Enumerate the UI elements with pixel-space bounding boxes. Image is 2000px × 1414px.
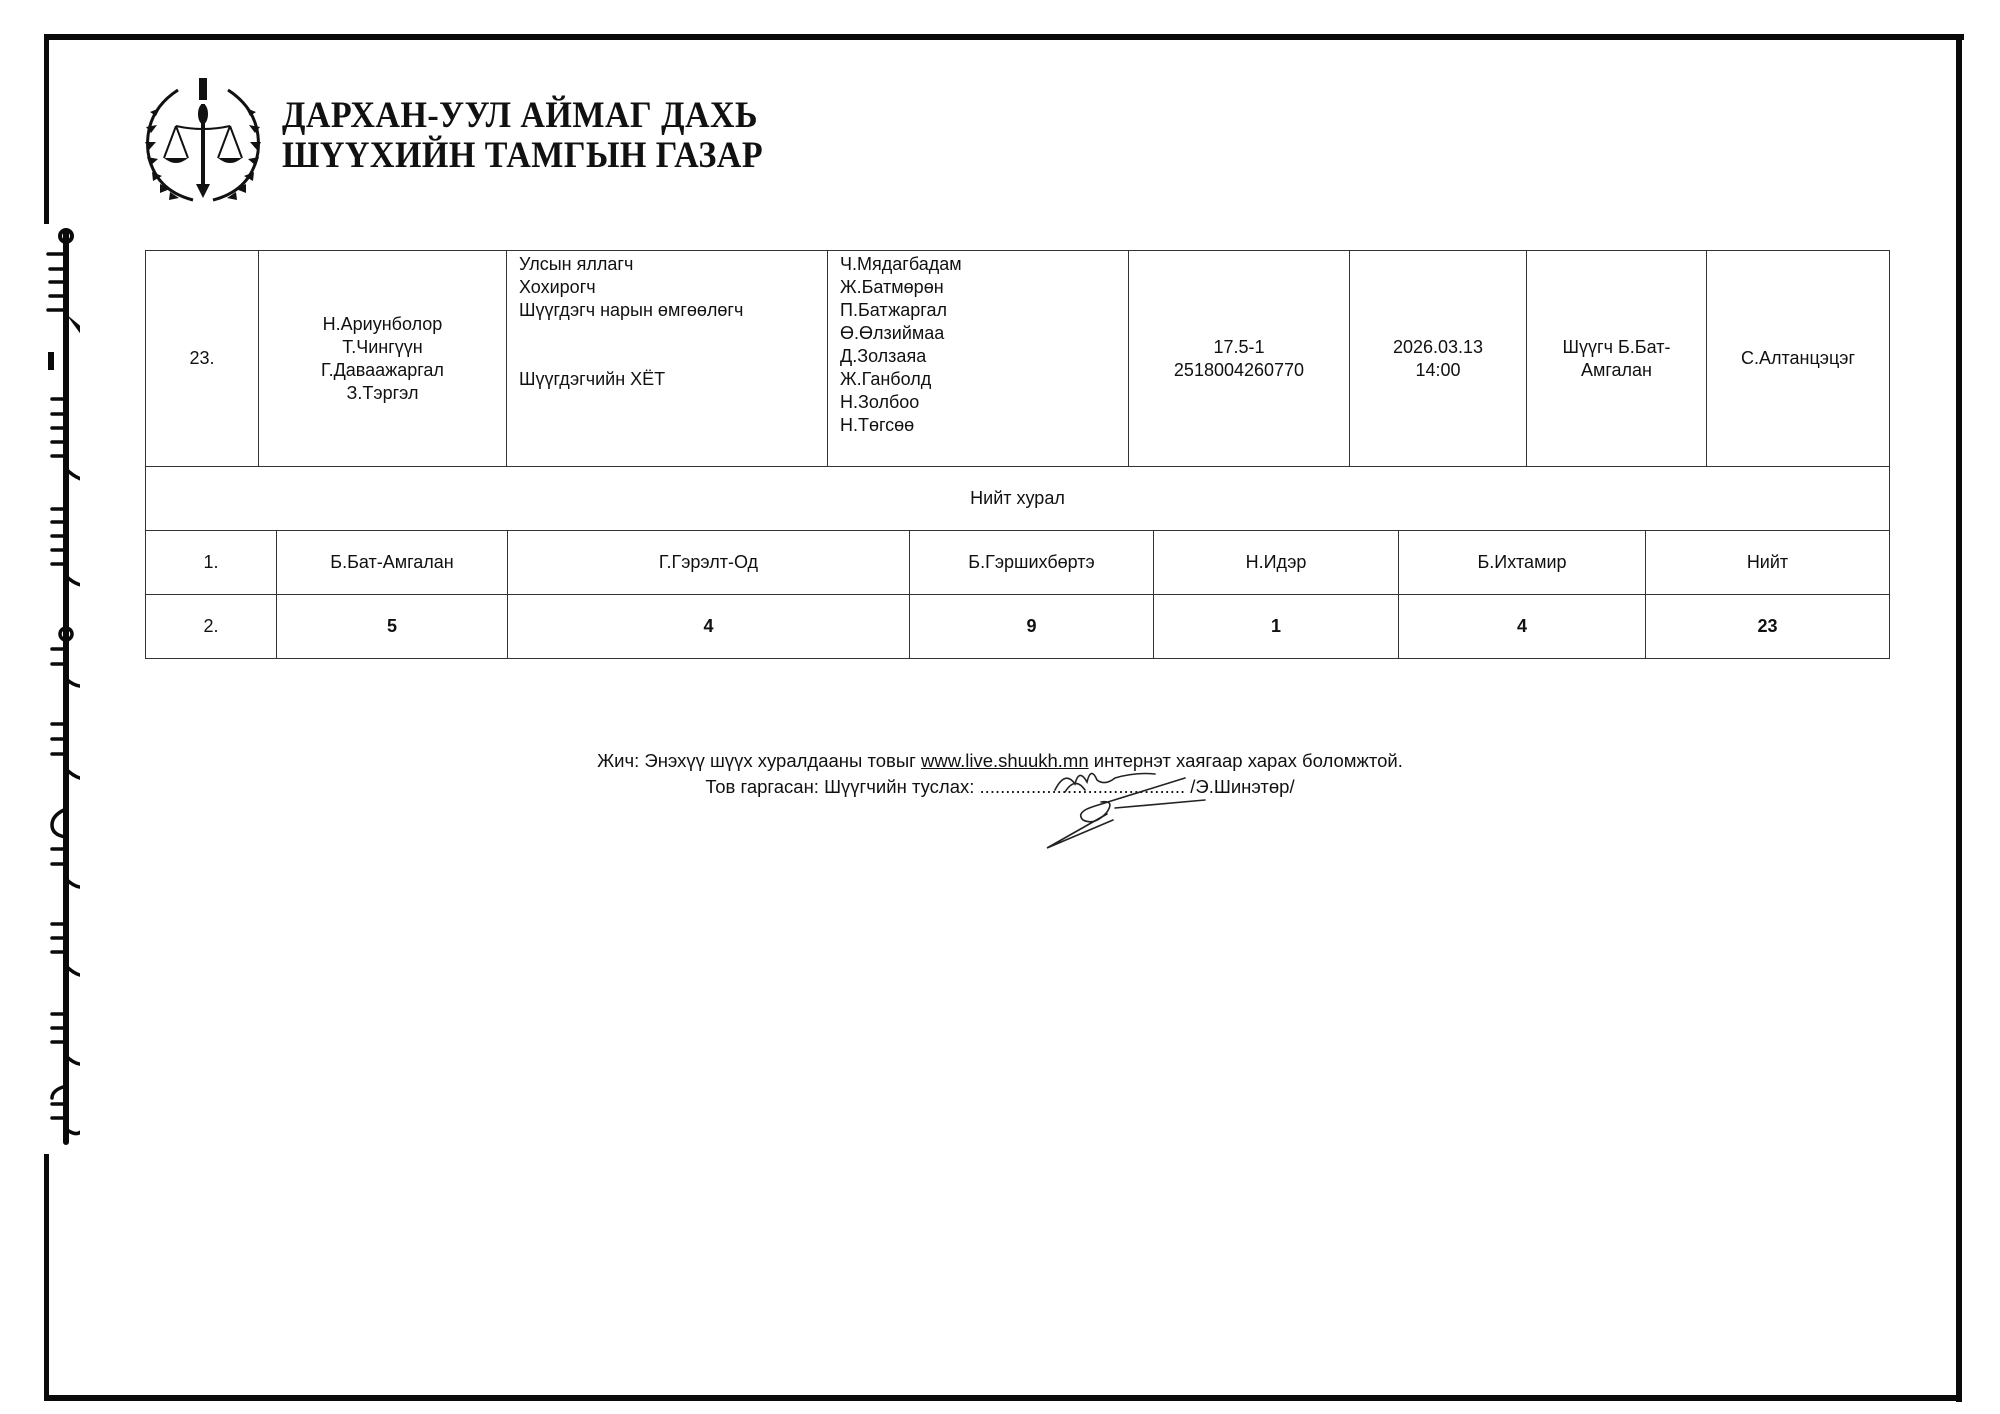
judge-name: Н.Идэр xyxy=(1154,531,1399,595)
issuer-label: Тов гаргасан: Шүүгчийн туслах: xyxy=(705,776,979,797)
judge-name: Б.Ихтамир xyxy=(1399,531,1646,595)
participant-name: Д.Золзаяа xyxy=(840,345,1128,368)
hearing-count: 4 xyxy=(508,595,910,659)
issuer-line: Тов гаргасан: Шүүгчийн туслах: .........… xyxy=(0,774,2000,800)
page-border-bottom xyxy=(44,1395,1962,1401)
table-row: 23. Н.Ариунболор Т.Чингүүн Г.Даваажаргал… xyxy=(146,251,1890,467)
total-count: 23 xyxy=(1646,595,1890,659)
defendant: З.Тэргэл xyxy=(259,382,506,405)
participant-name: Ч.Мядагбадам xyxy=(840,253,1128,276)
case-id-cell: 17.5-1 2518004260770 xyxy=(1129,251,1350,467)
secretary-cell: С.Алтанцэцэг xyxy=(1707,251,1890,467)
signature-icon xyxy=(1035,762,1235,852)
defendant: Т.Чингүүн xyxy=(259,336,506,359)
defendants-cell: Н.Ариунболор Т.Чингүүн Г.Даваажаргал З.Т… xyxy=(259,251,507,467)
note-line: Жич: Энэхүү шүүх хуралдааны товыг www.li… xyxy=(0,748,2000,774)
hearing-count: 5 xyxy=(277,595,508,659)
defendant: Г.Даваажаргал xyxy=(259,359,506,382)
judge-cell: Шүүгч Б.Бат-Амгалан xyxy=(1527,251,1707,467)
hearing-count: 9 xyxy=(910,595,1154,659)
spacer xyxy=(519,322,827,345)
case-id: 2518004260770 xyxy=(1129,359,1349,382)
page-border-left-lower xyxy=(44,1154,49,1401)
court-scales-emblem-icon xyxy=(138,72,268,206)
title-line-1: ДАРХАН-УУЛ АЙМАГ ДАХЬ xyxy=(282,96,763,136)
participant-name: П.Батжаргал xyxy=(840,299,1128,322)
page-border-top xyxy=(44,34,1964,40)
case-number: 23. xyxy=(146,251,259,467)
participant-name: Ө.Өлзиймаа xyxy=(840,322,1128,345)
row-number: 2. xyxy=(146,595,277,659)
judge-name: Б.Бат-Амгалан xyxy=(277,531,508,595)
judge-name: Б.Гэршихбөртэ xyxy=(910,531,1154,595)
participants-cell: Улсын яллагч Хохирогч Шүүгдэгч нарын өмг… xyxy=(507,251,828,467)
participant-role: Шүүгдэгчийн ХЁТ xyxy=(519,368,827,391)
summary-heading-row: Нийт хурал xyxy=(146,467,1890,531)
hearing-date: 2026.03.13 xyxy=(1350,336,1526,359)
defendant: Н.Ариунболор xyxy=(259,313,506,336)
summary-heading: Нийт хурал xyxy=(146,467,1890,531)
title-line-2: ШҮҮХИЙН ТАМГЫН ГАЗАР xyxy=(282,136,763,176)
spacer xyxy=(519,345,827,368)
page-title: ДАРХАН-УУЛ АЙМАГ ДАХЬ ШҮҮХИЙН ТАМГЫН ГАЗ… xyxy=(282,96,763,176)
participant-name: Н.Төгсөө xyxy=(840,414,1128,437)
case-table: 23. Н.Ариунболор Т.Чингүүн Г.Даваажаргал… xyxy=(145,250,1890,467)
participant-names-cell: Ч.Мядагбадам Ж.Батмөрөн П.Батжаргал Ө.Өл… xyxy=(828,251,1129,467)
judge-name: Г.Гэрэлт-Од xyxy=(508,531,910,595)
mongolian-script-icon xyxy=(18,224,80,1150)
hearing-time: 14:00 xyxy=(1350,359,1526,382)
page-border-left-upper xyxy=(44,34,49,224)
participant-name: Ж.Батмөрөн xyxy=(840,276,1128,299)
table-row: 2. 5 4 9 1 4 23 xyxy=(146,595,1890,659)
note-prefix: Жич: Энэхүү шүүх хуралдааны товыг xyxy=(597,750,921,771)
table-row: 1. Б.Бат-Амгалан Г.Гэрэлт-Од Б.Гэршихбөр… xyxy=(146,531,1890,595)
datetime-cell: 2026.03.13 14:00 xyxy=(1350,251,1527,467)
page-border-right xyxy=(1956,34,1962,1402)
footnote: Жич: Энэхүү шүүх хуралдааны товыг www.li… xyxy=(0,748,2000,800)
hearing-count: 1 xyxy=(1154,595,1399,659)
participant-name: Н.Золбоо xyxy=(840,391,1128,414)
participant-name: Ж.Ганболд xyxy=(840,368,1128,391)
total-label: Нийт xyxy=(1646,531,1890,595)
row-number: 1. xyxy=(146,531,277,595)
article: 17.5-1 xyxy=(1129,336,1349,359)
participant-role: Шүүгдэгч нарын өмгөөлөгч xyxy=(519,299,827,322)
hearing-count: 4 xyxy=(1399,595,1646,659)
participant-role: Улсын яллагч xyxy=(519,253,827,276)
summary-table: Нийт хурал 1. Б.Бат-Амгалан Г.Гэрэлт-Од … xyxy=(145,466,1890,659)
participant-role: Хохирогч xyxy=(519,276,827,299)
